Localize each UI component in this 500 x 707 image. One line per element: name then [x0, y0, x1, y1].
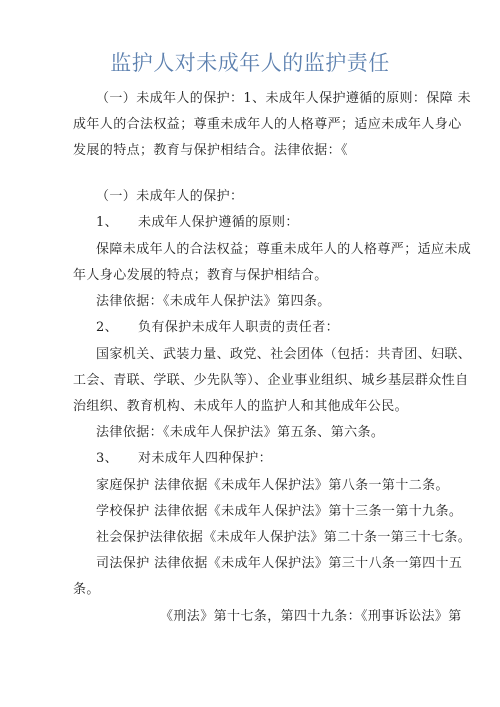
tail-line: 《刑法》第十七条，第四十九条：《刑事诉讼法》第 [160, 609, 500, 625]
item-1: 1、未成年人保护遵循的原则： [96, 215, 456, 231]
protection-judicial-cont: 条。 [73, 582, 433, 598]
responsible-line-1: 国家机关、武装力量、政党、社会团体（包括：共青团、妇联、 [96, 347, 456, 363]
item-3: 3、对未成年人四种保护： [96, 451, 456, 467]
responsible-line-3: 治组织、教育机构、未成年人的监护人和其他成年公民。 [73, 399, 433, 415]
item-number: 2、 [96, 320, 138, 336]
item-number: 3、 [96, 451, 138, 467]
legal-basis-1: 法律依据：《未成年人保护法》第四条。 [96, 294, 456, 310]
principles-line-1: 保障未成年人的合法权益；尊重未成年人的人格尊严；适应未成 [96, 242, 456, 258]
protection-judicial: 司法保护 法律依据《未成年人保护法》第三十八条一第四十五 [96, 556, 456, 572]
item-heading: 未成年人保护遵循的原则： [138, 215, 299, 230]
document-title: 监护人对未成年人的监护责任 [0, 47, 500, 77]
summary-line-3: 发展的特点；教育与保护相结合。法律依据：《 [73, 143, 433, 159]
legal-basis-2: 法律依据：《未成年人保护法》第五条、第六条。 [96, 425, 456, 441]
protection-family: 家庭保护 法律依据《未成年人保护法》第八条一第十二条。 [96, 478, 456, 494]
item-heading: 负有保护未成年人职责的责任者： [138, 320, 339, 335]
item-heading: 对未成年人四种保护： [138, 451, 272, 466]
section-heading: （一）未成年人的保护： [96, 189, 456, 205]
principles-line-2: 年人身心发展的特点；教育与保护相结合。 [73, 268, 433, 284]
responsible-line-2: 工会、青联、学联、少先队等）、企业事业组织、城乡基层群众性自 [73, 373, 433, 389]
summary-line-1: （一）未成年人的保护：1、未成年人保护遵循的原则：保障 未 [96, 91, 456, 107]
protection-society: 社会保护法律依据《未成年人保护法》第二十条一第三十七条。 [96, 530, 456, 546]
item-2: 2、负有保护未成年人职责的责任者： [96, 320, 456, 336]
protection-school: 学校保护 法律依据《未成年人保护法》第十三条一第十九条。 [96, 504, 456, 520]
summary-line-2: 成年人的合法权益；尊重未成年人的人格尊严；适应未成年人身心 [73, 117, 433, 133]
item-number: 1、 [96, 215, 138, 231]
